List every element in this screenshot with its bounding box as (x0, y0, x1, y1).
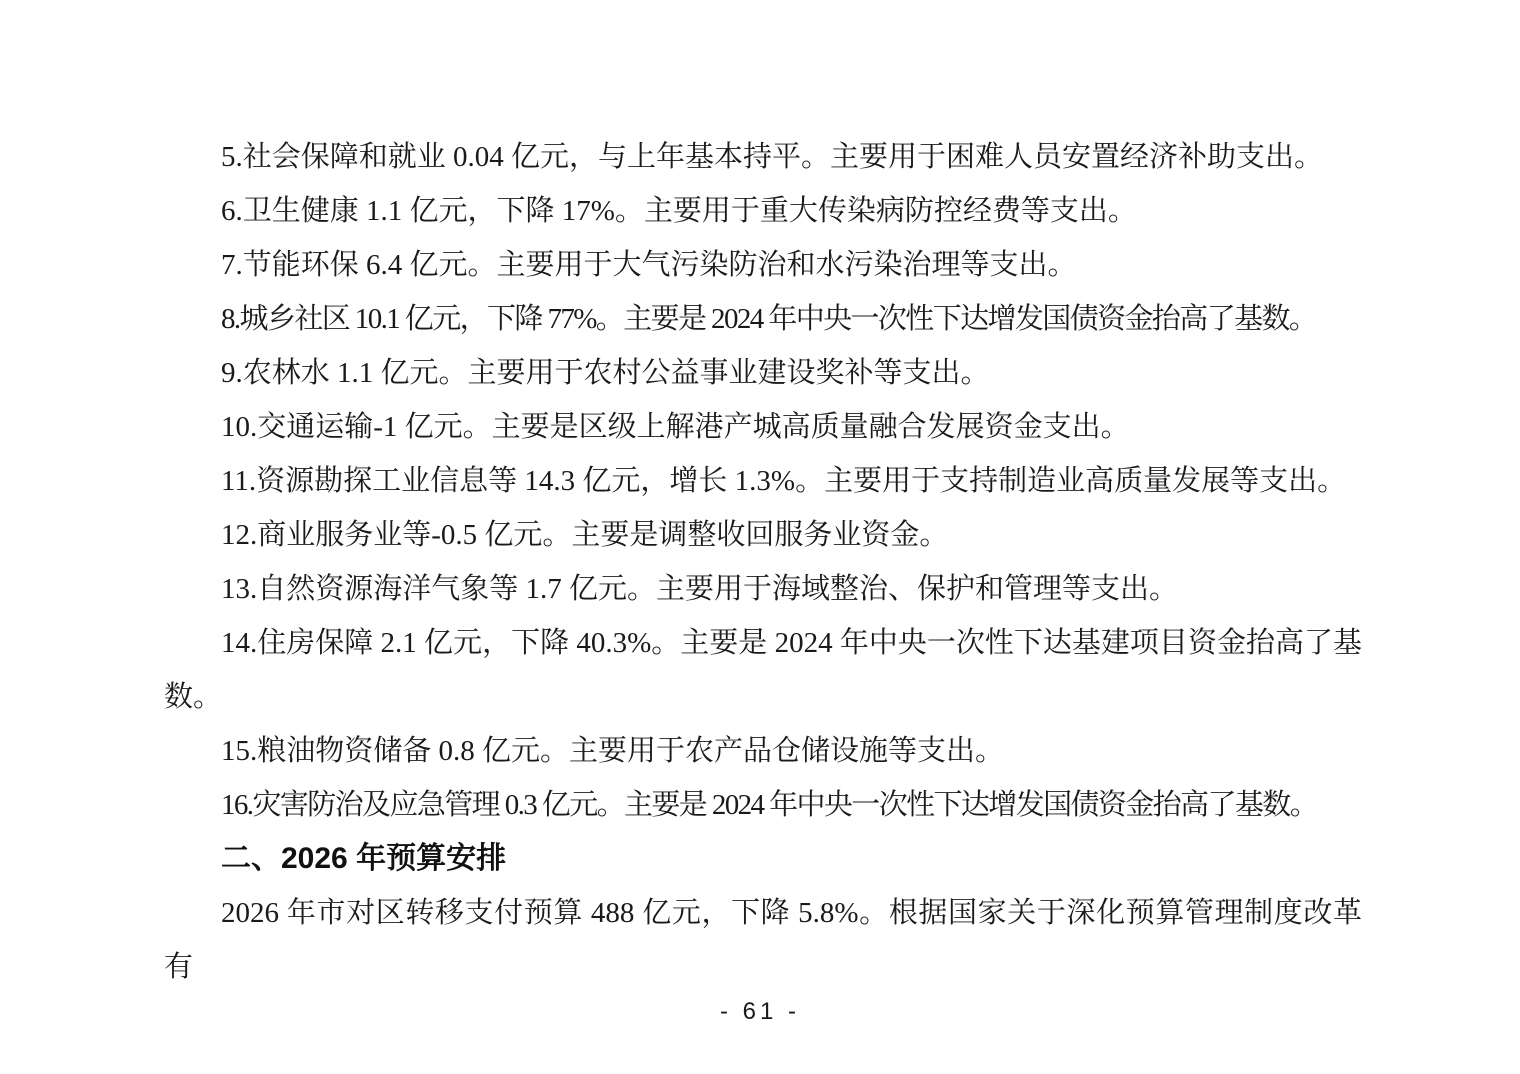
paragraph-item-10: 10.交通运输-1 亿元。主要是区级上解港产城高质量融合发展资金支出。 (164, 400, 1362, 454)
paragraph-item-15: 15.粮油物资储备 0.8 亿元。主要用于农产品仓储设施等支出。 (164, 724, 1362, 778)
paragraph-item-13: 13.自然资源海洋气象等 1.7 亿元。主要用于海域整治、保护和管理等支出。 (164, 562, 1362, 616)
paragraph-item-7: 7.节能环保 6.4 亿元。主要用于大气污染防治和水污染治理等支出。 (164, 238, 1362, 292)
paragraph-item-5: 5.社会保障和就业 0.04 亿元，与上年基本持平。主要用于困难人员安置经济补助… (164, 130, 1362, 184)
document-page: 5.社会保障和就业 0.04 亿元，与上年基本持平。主要用于困难人员安置经济补助… (0, 0, 1520, 1074)
paragraph-2026-intro: 2026 年市对区转移支付预算 488 亿元，下降 5.8%。根据国家关于深化预… (164, 886, 1362, 994)
document-body: 5.社会保障和就业 0.04 亿元，与上年基本持平。主要用于困难人员安置经济补助… (164, 130, 1362, 994)
paragraph-item-12: 12.商业服务业等-0.5 亿元。主要是调整收回服务业资金。 (164, 508, 1362, 562)
paragraph-item-16: 16.灾害防治及应急管理 0.3 亿元。主要是 2024 年中央一次性下达增发国… (164, 778, 1362, 832)
paragraph-item-9: 9.农林水 1.1 亿元。主要用于农村公益事业建设奖补等支出。 (164, 346, 1362, 400)
page-number: - 61 - (720, 998, 800, 1025)
section-heading-2026-budget: 二、2026 年预算安排 (164, 832, 1362, 886)
paragraph-item-11: 11.资源勘探工业信息等 14.3 亿元，增长 1.3%。主要用于支持制造业高质… (164, 454, 1362, 508)
paragraph-item-6: 6.卫生健康 1.1 亿元，下降 17%。主要用于重大传染病防控经费等支出。 (164, 184, 1362, 238)
paragraph-item-14: 14.住房保障 2.1 亿元，下降 40.3%。主要是 2024 年中央一次性下… (164, 616, 1362, 724)
page-footer: - 61 - (0, 998, 1520, 1026)
paragraph-item-8: 8.城乡社区 10.1 亿元，下降 77%。主要是 2024 年中央一次性下达增… (164, 292, 1362, 346)
